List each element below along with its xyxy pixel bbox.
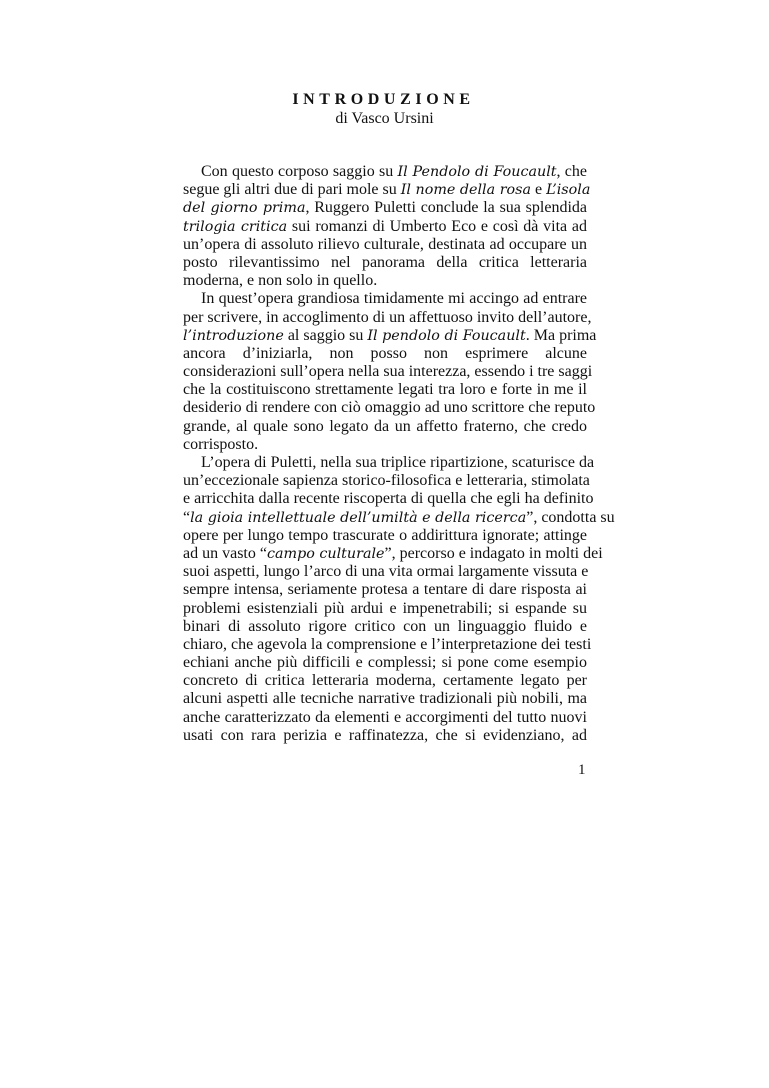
text-line: sempre intensa, seriamente protesa a ten… — [183, 581, 587, 599]
text-line: In quest’opera grandiosa timidamente mi … — [183, 290, 587, 308]
text-run: ancora d’iniziarla, non posso non esprim… — [183, 345, 587, 362]
text-run: e arricchita dalla recente riscoperta di… — [183, 490, 593, 507]
text-line: trilogia critica sui romanzi di Umberto … — [183, 218, 587, 236]
text-run: ”, condotta su — [526, 509, 614, 526]
text-line: anche caratterizzato da elementi e accor… — [183, 709, 587, 727]
text-run: . Ma prima — [526, 327, 597, 344]
text-line: corrisposto. — [183, 436, 587, 454]
italic-text: l’introduzione — [183, 328, 284, 344]
chapter-title-text: INTRODUZIONE — [292, 91, 474, 108]
text-run: chiaro, che agevola la comprensione e l’… — [183, 636, 591, 653]
text-run: problemi esistenziali più ardui e impene… — [183, 600, 587, 617]
italic-text: la gioia intellettuale dell’umiltà e del… — [190, 510, 526, 526]
text-run: grande, al quale sono legato da un affet… — [183, 418, 587, 435]
text-line: echiani anche più difficili e complessi;… — [183, 654, 587, 672]
text-line: considerazioni sull’opera nella sua inte… — [183, 363, 587, 381]
text-run: moderna, e non solo in quello. — [183, 272, 377, 289]
text-line: un’eccezionale sapienza storico-filosofi… — [183, 472, 587, 490]
text-line: chiaro, che agevola la comprensione e l’… — [183, 636, 587, 654]
chapter-author: di Vasco Ursini — [0, 110, 769, 128]
text-run: suoi aspetti, lungo l’arco di una vita o… — [183, 563, 588, 580]
text-run: al saggio su — [284, 327, 368, 344]
text-line: grande, al quale sono legato da un affet… — [183, 418, 587, 436]
text-run: usati con rara perizia e raffinatezza, c… — [183, 727, 587, 744]
text-run: desiderio di rendere con ciò omaggio ad … — [183, 399, 595, 416]
text-run: In quest’opera grandiosa timidamente mi … — [201, 290, 587, 307]
text-run: ”, percorso e indagato in molti dei — [385, 545, 603, 562]
text-run: ad un vasto “ — [183, 545, 267, 562]
text-line: che la costituiscono strettamente legati… — [183, 381, 587, 399]
text-line: L’opera di Puletti, nella sua triplice r… — [183, 454, 587, 472]
text-line: l’introduzione al saggio su Il pendolo d… — [183, 327, 587, 345]
text-line: ad un vasto “campo culturale”, percorso … — [183, 545, 587, 563]
text-line: moderna, e non solo in quello. — [183, 272, 587, 290]
body-text: Con questo corposo saggio su Il Pendolo … — [183, 163, 587, 745]
text-line: concreto di critica letteraria moderna, … — [183, 672, 587, 690]
text-run: alcuni aspetti alle tecniche narrative t… — [183, 690, 587, 707]
text-run: , Ruggero Puletti conclude la sua splend… — [305, 199, 587, 216]
text-line: per scrivere, in accoglimento di un affe… — [183, 309, 587, 327]
text-run: e — [531, 181, 546, 198]
text-line: opere per lungo tempo trascurate o addir… — [183, 527, 587, 545]
italic-text: del giorno prima — [183, 200, 305, 216]
text-line: Con questo corposo saggio su Il Pendolo … — [183, 163, 587, 181]
chapter-title: INTRODUZIONE — [0, 91, 769, 109]
page-number: 1 — [578, 762, 586, 779]
text-line: ancora d’iniziarla, non posso non esprim… — [183, 345, 587, 363]
italic-text: trilogia critica — [183, 219, 287, 235]
italic-text: L’isola — [546, 182, 590, 198]
text-run: segue gli altri due di pari mole su — [183, 181, 401, 198]
italic-text: Il pendolo di Foucault — [367, 328, 525, 344]
text-line: un’opera di assoluto rilievo culturale, … — [183, 236, 587, 254]
text-run: L’opera di Puletti, nella sua triplice r… — [201, 454, 594, 471]
text-run: un’opera di assoluto rilievo culturale, … — [183, 236, 587, 253]
text-line: problemi esistenziali più ardui e impene… — [183, 600, 587, 618]
text-run: corrisposto. — [183, 436, 258, 453]
text-line: e arricchita dalla recente riscoperta di… — [183, 490, 587, 508]
text-run: opere per lungo tempo trascurate o addir… — [183, 527, 587, 544]
italic-text: campo culturale — [267, 546, 385, 562]
text-run: binari di assoluto rigore critico con un… — [183, 618, 587, 635]
text-line: desiderio di rendere con ciò omaggio ad … — [183, 399, 587, 417]
text-line: “la gioia intellettuale dell’umiltà e de… — [183, 509, 587, 527]
text-run: per scrivere, in accoglimento di un affe… — [183, 309, 591, 326]
text-line: suoi aspetti, lungo l’arco di una vita o… — [183, 563, 587, 581]
text-run: sui romanzi di Umberto Eco e così dà vit… — [287, 218, 587, 235]
text-line: del giorno prima, Ruggero Puletti conclu… — [183, 199, 587, 217]
text-run: Con questo corposo saggio su — [201, 163, 398, 180]
text-line: segue gli altri due di pari mole su Il n… — [183, 181, 587, 199]
italic-text: Il nome della rosa — [401, 182, 531, 198]
text-run: un’eccezionale sapienza storico-filosofi… — [183, 472, 590, 489]
text-line: usati con rara perizia e raffinatezza, c… — [183, 727, 587, 745]
text-run: , che — [557, 163, 587, 180]
text-run: concreto di critica letteraria moderna, … — [183, 672, 587, 689]
text-run: che la costituiscono strettamente legati… — [183, 381, 587, 398]
chapter-author-text: di Vasco Ursini — [335, 110, 433, 127]
text-run: posto rilevantissimo nel panorama della … — [183, 254, 587, 271]
text-line: alcuni aspetti alle tecniche narrative t… — [183, 690, 587, 708]
text-run: sempre intensa, seriamente protesa a ten… — [183, 581, 587, 598]
text-line: posto rilevantissimo nel panorama della … — [183, 254, 587, 272]
text-run: echiani anche più difficili e complessi;… — [183, 654, 587, 671]
italic-text: Il Pendolo di Foucault — [398, 164, 557, 180]
text-line: binari di assoluto rigore critico con un… — [183, 618, 587, 636]
text-run: considerazioni sull’opera nella sua inte… — [183, 363, 592, 380]
text-run: anche caratterizzato da elementi e accor… — [183, 709, 587, 726]
